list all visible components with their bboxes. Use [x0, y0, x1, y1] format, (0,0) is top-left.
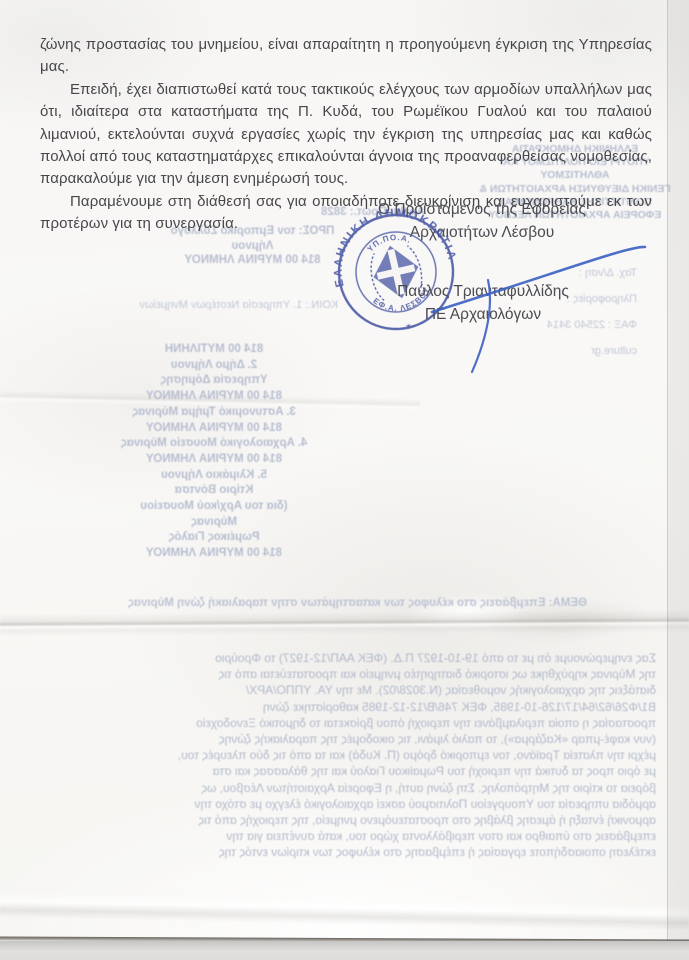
- body-paragraph: Επειδή, έχει διαπιστωθεί κατά τους τακτι…: [40, 79, 652, 191]
- handwritten-signature: [400, 230, 660, 380]
- scanned-letter-photo: ΕΛΛΗΝΙΚΗ ΔΗΜΟΚΡΑΤΙΑΥΠΟΥΡΓΕΙΟ ΠΟΛΙΤΙΣΜΟΥ …: [0, 0, 689, 960]
- body-paragraph: ζώνης προστασίας του μνημείου, είναι απα…: [40, 34, 652, 79]
- scanner-background: [0, 941, 689, 960]
- paper-right-edge: [667, 0, 689, 942]
